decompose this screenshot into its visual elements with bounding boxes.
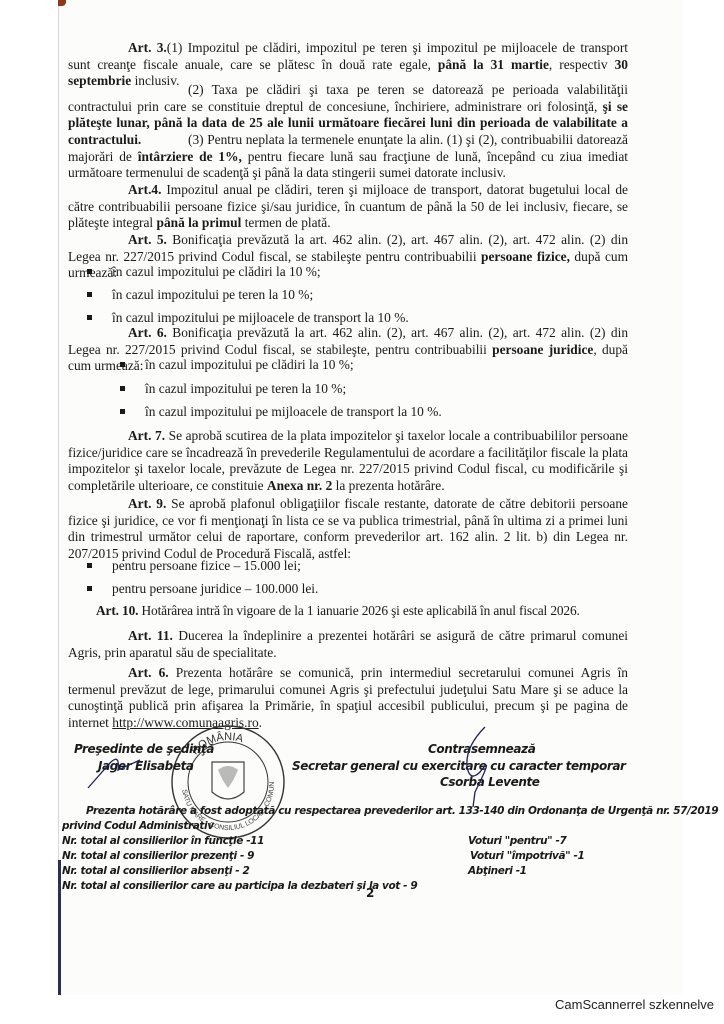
page-edge-shadow [58, 860, 61, 995]
art3-p1-bold: până la 31 martie [438, 57, 549, 72]
councillors-absent: Nr. total al consilierilor absenţi - 2 [62, 865, 249, 877]
art4-label: Art.4. [128, 182, 161, 197]
art4-end: termen de plată. [241, 215, 330, 230]
art10-text: Hotărârea intră în vigoare de la 1 ianua… [138, 603, 579, 618]
art5-list-item: în cazul impozitului pe clădiri la 10 %; [87, 264, 321, 280]
scanner-watermark: CamScannerrel szkennelve [555, 997, 714, 1012]
councillors-count: Nr. total al consilierilor în funcţie -1… [62, 835, 264, 847]
art6-bold: persoane juridice [492, 342, 593, 357]
art5-label: Art. 5. [128, 232, 167, 247]
art6-item-text: în cazul impozitului pe clădiri la 10 %; [145, 357, 354, 372]
abstentions: Abţineri -1 [468, 865, 527, 877]
art7-paragraph: Art. 7. Se aprobă scutirea de la plata i… [68, 428, 628, 494]
art7-bold: Anexa nr. 2 [267, 478, 332, 493]
art9-list-item: pentru persoane juridice – 100.000 lei. [87, 581, 318, 597]
councillors-present: Nr. total al consilierilor prezenţi - 9 [62, 850, 254, 862]
art5-item-text: în cazul impozitului pe clădiri la 10 %; [112, 264, 321, 279]
art6-item-text: în cazul impozitului pe mijloacele de tr… [145, 404, 442, 419]
art9-list-item: pentru persoane fizice – 15.000 lei; [87, 558, 301, 574]
bullet-icon [87, 292, 92, 297]
art6-item-text: în cazul impozitului pe teren la 10 %; [145, 381, 346, 396]
bullet-icon [120, 409, 125, 414]
art9-paragraph: Art. 9. Se aprobă plafonul obligaţiilor … [68, 496, 628, 562]
art3-p1-mid: , respectiv [549, 57, 615, 72]
art6-communication-paragraph: Art. 6. Prezenta hotărâre se comunică, p… [68, 665, 628, 731]
votes-against: Voturi "împotrivă" -1 [470, 850, 584, 862]
art3-paragraph-3: (3) Pentru neplata la termenele enunţate… [68, 132, 628, 182]
art5-item-text: în cazul impozitului pe teren la 10 %; [112, 287, 313, 302]
art10-paragraph: Art. 10. Hotărârea intră în vigoare de l… [96, 603, 580, 619]
art6-label: Art. 6. [128, 325, 167, 340]
art11-label: Art. 11. [128, 628, 173, 643]
bullet-icon [87, 269, 92, 274]
art7-end: la prezenta hotărâre. [332, 478, 444, 493]
votes-for: Voturi "pentru" -7 [468, 835, 566, 847]
art6b-label: Art. 6. [128, 665, 169, 680]
art7-label: Art. 7. [128, 428, 165, 443]
art3-p3-bold: întârziere de 1%, [138, 149, 242, 164]
adoption-statement: Prezenta hotărâre a fost adoptată cu res… [86, 805, 718, 817]
art4-bold: până la primul [157, 215, 242, 230]
councillors-voting: Nr. total al consilierilor care au parti… [62, 880, 417, 892]
secretary-signature-icon [445, 722, 525, 812]
bullet-icon [87, 586, 92, 591]
art3-label: Art. 3. [128, 40, 167, 55]
art5-item-text: în cazul impozitului pe mijloacele de tr… [112, 310, 409, 325]
art9-item-text: pentru persoane fizice – 15.000 lei; [112, 558, 301, 573]
art5-list-item: în cazul impozitului pe teren la 10 %; [87, 287, 313, 303]
page-number: 2 [366, 886, 374, 900]
bullet-icon [87, 563, 92, 568]
art9-label: Art. 9. [128, 496, 166, 511]
art11-paragraph: Art. 11. Ducerea la îndeplinire a prezen… [68, 628, 628, 661]
adoption-statement-cont: privind Codul Administrativ [62, 820, 214, 832]
bullet-icon [120, 362, 125, 367]
art10-label: Art. 10. [96, 603, 138, 618]
art5-list-item: în cazul impozitului pe mijloacele de tr… [87, 310, 409, 326]
art6-list-item: în cazul impozitului pe clădiri la 10 %; [120, 357, 354, 373]
art6-list-item: în cazul impozitului pe teren la 10 %; [120, 381, 346, 397]
bullet-icon [87, 315, 92, 320]
president-signature-icon [80, 748, 170, 793]
bullet-icon [120, 386, 125, 391]
art9-item-text: pentru persoane juridice – 100.000 lei. [112, 581, 318, 596]
art5-bold: persoane fizice, [481, 249, 570, 264]
art4-paragraph: Art.4. Impozitul anual pe clădiri, teren… [68, 182, 628, 232]
art6-list-item: în cazul impozitului pe mijloacele de tr… [120, 404, 442, 420]
art3-p2-text: (2) Taxa pe clădiri şi taxa pe teren se … [68, 82, 628, 114]
